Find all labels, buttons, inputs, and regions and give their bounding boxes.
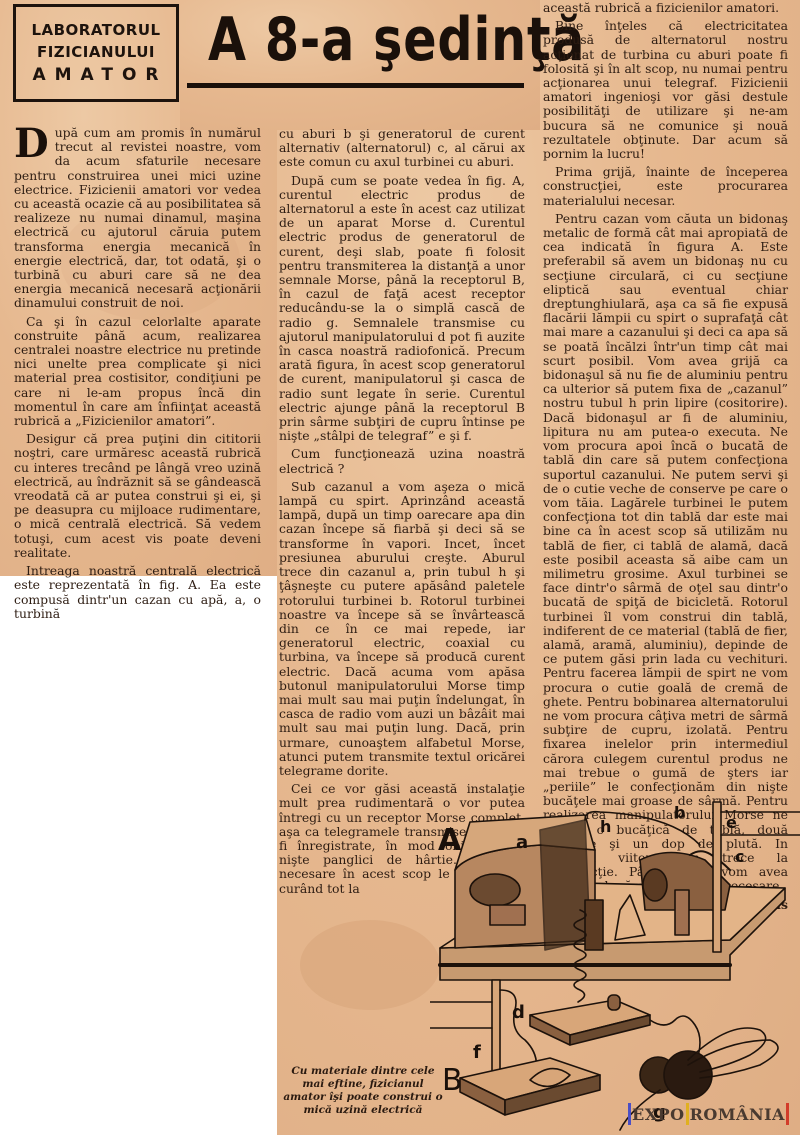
figure-label-b: b [674,803,685,822]
rubric-line-2: FIZICIANULUI [37,41,155,63]
paragraph: Sub cazanul a vom aşeza o mică lampă cu … [279,480,525,778]
watermark-bar-yellow [686,1103,689,1125]
paragraph: această rubrică a fizicienilor amatori. [543,1,788,15]
paragraph: Prima grijă, înainte de începerea constr… [543,165,788,208]
figure-label-B: B [442,1063,463,1098]
figure-caption: Cu materiale dintre cele mai eftine, fiz… [283,1065,443,1117]
figure-label-e: e [726,813,737,832]
article-column-2: cu aburi b şi generatorul de curent alte… [279,127,525,900]
paragraph: Desigur că prea puţini din cititorii noş… [14,432,261,560]
paper-stain [300,920,440,1010]
article-column-3: această rubrică a fizicienilor amatori. … [543,1,788,916]
watermark-bar-blue [628,1103,631,1125]
paragraph: După cum am promis în numărul trecut al … [14,126,261,311]
paragraph: Ca şi în cazul celorlalte aparate constr… [14,315,261,429]
article-column-1: După cum am promis în numărul trecut al … [14,126,261,625]
watermark-bar-red [786,1103,789,1125]
figure-label-c: c [735,847,744,866]
watermark-text-right: ROMÂNIA [690,1105,785,1124]
paragraph: După cum se poate vedea în fig. A, curen… [279,174,525,444]
watermark: EXPO ROMÂNIA [627,1101,790,1127]
paragraph: Intreaga noastră centrală electrică este… [14,564,261,621]
article-headline: A 8-a şedinţă [208,2,479,82]
subheading: Cum funcţionează uzina noastră electrică… [279,447,525,475]
paragraph: Bine înţeles că electricitatea produsă d… [543,19,788,161]
rubric-line-3: AMATOR [24,63,167,87]
paragraph: cu aburi b şi generatorul de curent alte… [279,127,525,170]
figure-label-h: h [600,817,611,836]
figure-label-d: d [512,1002,525,1023]
drop-cap: D [14,128,49,160]
rubric-box: LABORATORUL FIZICIANULUI AMATOR [13,4,179,102]
headline-rule [187,83,524,88]
figure-label-a: a [516,832,528,853]
figure-label-A: A [438,823,462,858]
watermark-text-left: EXPO [632,1105,685,1124]
figure-label-f: f [473,1042,481,1063]
paragraph-text: upă cum am promis în numărul trecut al r… [14,125,261,310]
power-plant-illustration: A a h b e c d f B g [430,790,800,1135]
rubric-line-1: LABORATORUL [31,19,160,41]
